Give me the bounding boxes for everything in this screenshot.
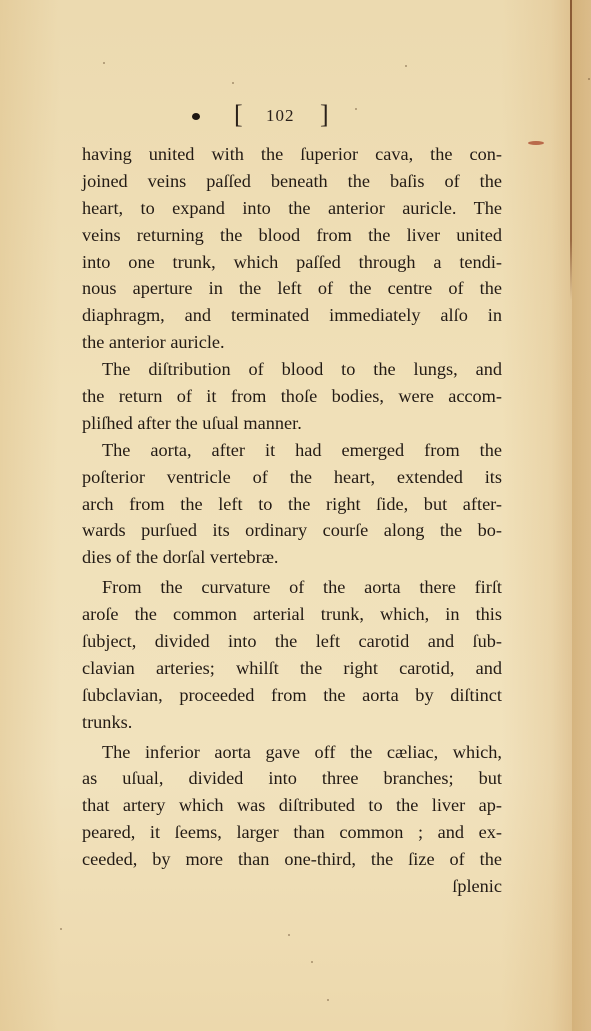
text-line: pliſhed after the uſual manner. <box>82 410 502 437</box>
text-line: as uſual, divided into three branches; b… <box>82 765 502 792</box>
header-bracket-close: ] <box>320 100 329 130</box>
running-header: [ 102 ] <box>0 100 591 130</box>
text-line: veins returning the blood from the liver… <box>82 222 502 249</box>
text-line: diaphragm, and terminated immediately al… <box>82 302 502 329</box>
text-line: aroſe the common arterial trunk, which, … <box>82 601 502 628</box>
paper-speck <box>288 934 290 936</box>
text-line: that artery which was diſtributed to the… <box>82 792 502 819</box>
paragraph: The inferior aorta gave off the cæliac, … <box>82 739 502 873</box>
paper-speck <box>311 961 313 963</box>
text-line: trunks. <box>82 709 502 736</box>
text-line: dies of the dorſal vertebræ. <box>82 544 502 571</box>
paragraph: The aorta, after it had emerged from the… <box>82 437 502 571</box>
ink-stain-mark <box>528 141 544 145</box>
book-page: [ 102 ] having united with the ſuperior … <box>0 0 591 1031</box>
paper-speck <box>103 62 105 64</box>
text-line: ſubclavian, proceeded from the aorta by … <box>82 682 502 709</box>
text-line: the return of it from thoſe bodies, were… <box>82 383 502 410</box>
text-line: The aorta, after it had emerged from the <box>82 437 502 464</box>
text-line: having united with the ſuperior cava, th… <box>82 141 502 168</box>
paper-speck <box>232 82 234 84</box>
text-line: into one trunk, which paſſed through a t… <box>82 249 502 276</box>
text-line: poſterior ventricle of the heart, extend… <box>82 464 502 491</box>
text-line: From the curvature of the aorta there fi… <box>82 574 502 601</box>
catchword: ſplenic <box>82 873 502 900</box>
paragraph: The diſtribution of blood to the lungs, … <box>82 356 502 437</box>
text-line: the anterior auricle. <box>82 329 502 356</box>
page-number: 102 <box>266 104 295 128</box>
body-text: having united with the ſuperior cava, th… <box>82 141 502 900</box>
text-line: The diſtribution of blood to the lungs, … <box>82 356 502 383</box>
paragraph: From the curvature of the aorta there fi… <box>82 574 502 735</box>
binding-edge-line <box>570 0 572 300</box>
text-line: ſubject, divided into the left carotid a… <box>82 628 502 655</box>
ink-dot-ornament <box>192 113 200 120</box>
text-line: arch from the left to the right ſide, bu… <box>82 491 502 518</box>
text-line: peared, it ſeems, larger than common ; a… <box>82 819 502 846</box>
paper-speck <box>588 78 590 80</box>
text-line: nous aperture in the left of the centre … <box>82 275 502 302</box>
text-line: ceeded, by more than one-third, the ſize… <box>82 846 502 873</box>
header-bracket-open: [ <box>234 100 243 130</box>
text-line: wards purſued its ordinary courſe along … <box>82 517 502 544</box>
paper-speck <box>327 999 329 1001</box>
paper-speck <box>405 65 407 67</box>
binding-shadow <box>572 0 591 1031</box>
paper-speck <box>60 928 62 930</box>
text-line: clavian arteries; whilſt the right carot… <box>82 655 502 682</box>
text-line: heart, to expand into the anterior auric… <box>82 195 502 222</box>
text-line: The inferior aorta gave off the cæliac, … <box>82 739 502 766</box>
paragraph: having united with the ſuperior cava, th… <box>82 141 502 356</box>
text-line: joined veins paſſed beneath the baſis of… <box>82 168 502 195</box>
